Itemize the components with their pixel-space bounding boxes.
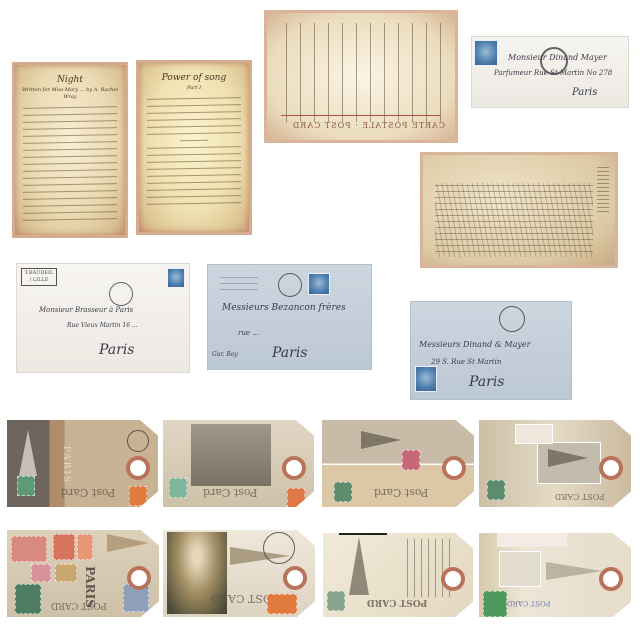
tag-eyelet: [441, 567, 465, 591]
envelope-city: Paris: [99, 342, 135, 358]
postmark-icon: [109, 282, 133, 306]
tag-eyelet: [126, 456, 150, 480]
envelope-city: Paris: [469, 374, 505, 390]
envelope-street: rue ...: [238, 329, 259, 337]
envelope-city: Paris: [272, 345, 308, 361]
eiffel-tower-icon: [107, 534, 149, 552]
envelope-salutation: [529, 330, 531, 337]
margin-note: [597, 165, 609, 215]
postmark-icon: [263, 532, 295, 564]
vertical-handwriting: [277, 23, 445, 122]
eiffel-tower-icon: [546, 562, 602, 580]
green-stamp-icon: [17, 476, 35, 496]
orange-stamp-icon: [53, 534, 75, 560]
postmark-icon: [127, 430, 149, 452]
envelope-addressee: Messieurs Bezancon frères: [222, 303, 346, 313]
old-handwritten-document: [420, 152, 618, 268]
handwriting-lines: [23, 107, 117, 220]
envelope-addressee: Messieurs Dinand & Mayer: [419, 340, 530, 349]
handwriting-lines: [401, 539, 451, 597]
tan-stamp-icon: [55, 564, 77, 582]
manuscript-letter-power-of-song: Power of song Part I: [136, 60, 252, 235]
moulin-rouge-image: [191, 424, 271, 486]
handwritten-postcard: CARTE POSTALE · POST CARD: [264, 10, 458, 143]
orange-stamp-icon: [77, 534, 93, 560]
envelope-street: 29 S. Rue St Martin: [431, 358, 501, 366]
envelope-addressee: Monsieur Brasseur à Paris: [39, 306, 133, 314]
envelope-bezancon: Messieurs Bezancon frères rue ... Gar. B…: [207, 264, 372, 370]
letter-title: Night: [15, 75, 125, 85]
gift-tag-1[interactable]: PARIS Post Card: [7, 420, 158, 507]
envelope-note: Gar. Bay: [212, 351, 238, 358]
pink-stamp-icon: [402, 450, 420, 470]
tag-eyelet: [282, 456, 306, 480]
photo-tile: [499, 551, 541, 587]
vertical-paris-text: PARIS: [61, 446, 71, 484]
envelope-lille: T.BAUDEIL / LILLE Monsieur Brasseur à Pa…: [16, 263, 190, 373]
script-tile: [497, 533, 567, 547]
tag-eyelet: [127, 566, 151, 590]
postmark-icon: [499, 306, 525, 332]
pink-stamp-icon: [31, 564, 51, 582]
green-stamp-icon: [169, 478, 187, 498]
post-card-label: POST CARD: [51, 600, 107, 610]
green-stamp-icon: [334, 482, 352, 502]
gift-tag-2[interactable]: Post Card: [163, 420, 314, 507]
blue-stamp-icon: [167, 268, 185, 288]
orange-stamp-icon: [287, 488, 305, 507]
blue-stamp-icon: [474, 40, 498, 66]
post-card-label: Post Card: [203, 486, 257, 499]
script-tile: [515, 424, 553, 444]
letter-title: Power of song: [139, 73, 249, 83]
gift-tag-6[interactable]: POST CARD: [163, 530, 315, 617]
eiffel-tower-icon: [548, 449, 588, 467]
eiffel-tower-icon: [19, 430, 37, 476]
gift-tag-4[interactable]: POST CARD: [479, 420, 631, 507]
envelope-addressee: Monsieur Dinand Mayer: [508, 53, 607, 62]
green-stamp-icon: [15, 584, 41, 614]
letter-subtitle: Written for Miss Mary ... by A. Rachel W…: [21, 87, 119, 101]
post-card-label: Post Card: [61, 486, 115, 499]
green-stamp-icon: [327, 591, 345, 611]
envelope-street: Parfumeur Rue St Martin No 278: [494, 69, 612, 77]
letter-subtitle: Part I: [145, 85, 243, 92]
postmark-icon: [278, 273, 302, 297]
gift-tag-7[interactable]: POST CARD: [323, 533, 473, 617]
post-card-label: POST CARD: [555, 492, 605, 501]
tag-eyelet: [283, 566, 307, 590]
gift-tag-3[interactable]: Post Card: [322, 420, 474, 507]
envelope-dinand-mayer-2: Messieurs Dinand & Mayer 29 S. Rue St Ma…: [410, 301, 572, 400]
tag-eyelet: [599, 567, 623, 591]
orange-stamp-icon: [267, 594, 297, 614]
sender-box-mark: T.BAUDEIL / LILLE: [21, 268, 57, 286]
post-card-label: POST CARD: [367, 597, 427, 607]
dense-handwriting: [435, 183, 593, 257]
envelope-street: Rue Vieux Martin 16 ...: [67, 322, 138, 329]
orange-stamp-icon: [129, 486, 147, 506]
green-stamp-icon: [483, 591, 507, 617]
red-eiffel-stamp-icon: [11, 536, 47, 562]
printed-header: [220, 275, 258, 295]
envelope-city: Paris: [572, 87, 597, 98]
gift-tag-8[interactable]: POST CARD: [479, 533, 631, 617]
manuscript-letter-night: Night Written for Miss Mary ... by A. Ra…: [12, 62, 128, 238]
black-bar: [339, 533, 387, 535]
envelope-dinand-mayer: Monsieur Dinand Mayer Parfumeur Rue St M…: [471, 36, 629, 108]
blue-stamp-icon: [308, 273, 330, 295]
eiffel-tower-icon: [349, 537, 369, 595]
post-card-label: Post Card: [374, 486, 428, 499]
tag-eyelet: [599, 456, 623, 480]
mirrored-postcard-heading: CARTE POSTALE · POST CARD: [287, 121, 445, 130]
blue-stamp-icon: [415, 366, 437, 392]
handwriting-lines: [147, 98, 241, 204]
gift-tag-5[interactable]: PARIS POST CARD: [7, 530, 159, 617]
post-card-label: POST CARD: [507, 599, 550, 607]
green-stamp-icon: [487, 480, 505, 500]
eiffel-tower-icon: [361, 431, 401, 449]
tag-eyelet: [442, 456, 466, 480]
red-rule-line: [281, 115, 441, 116]
